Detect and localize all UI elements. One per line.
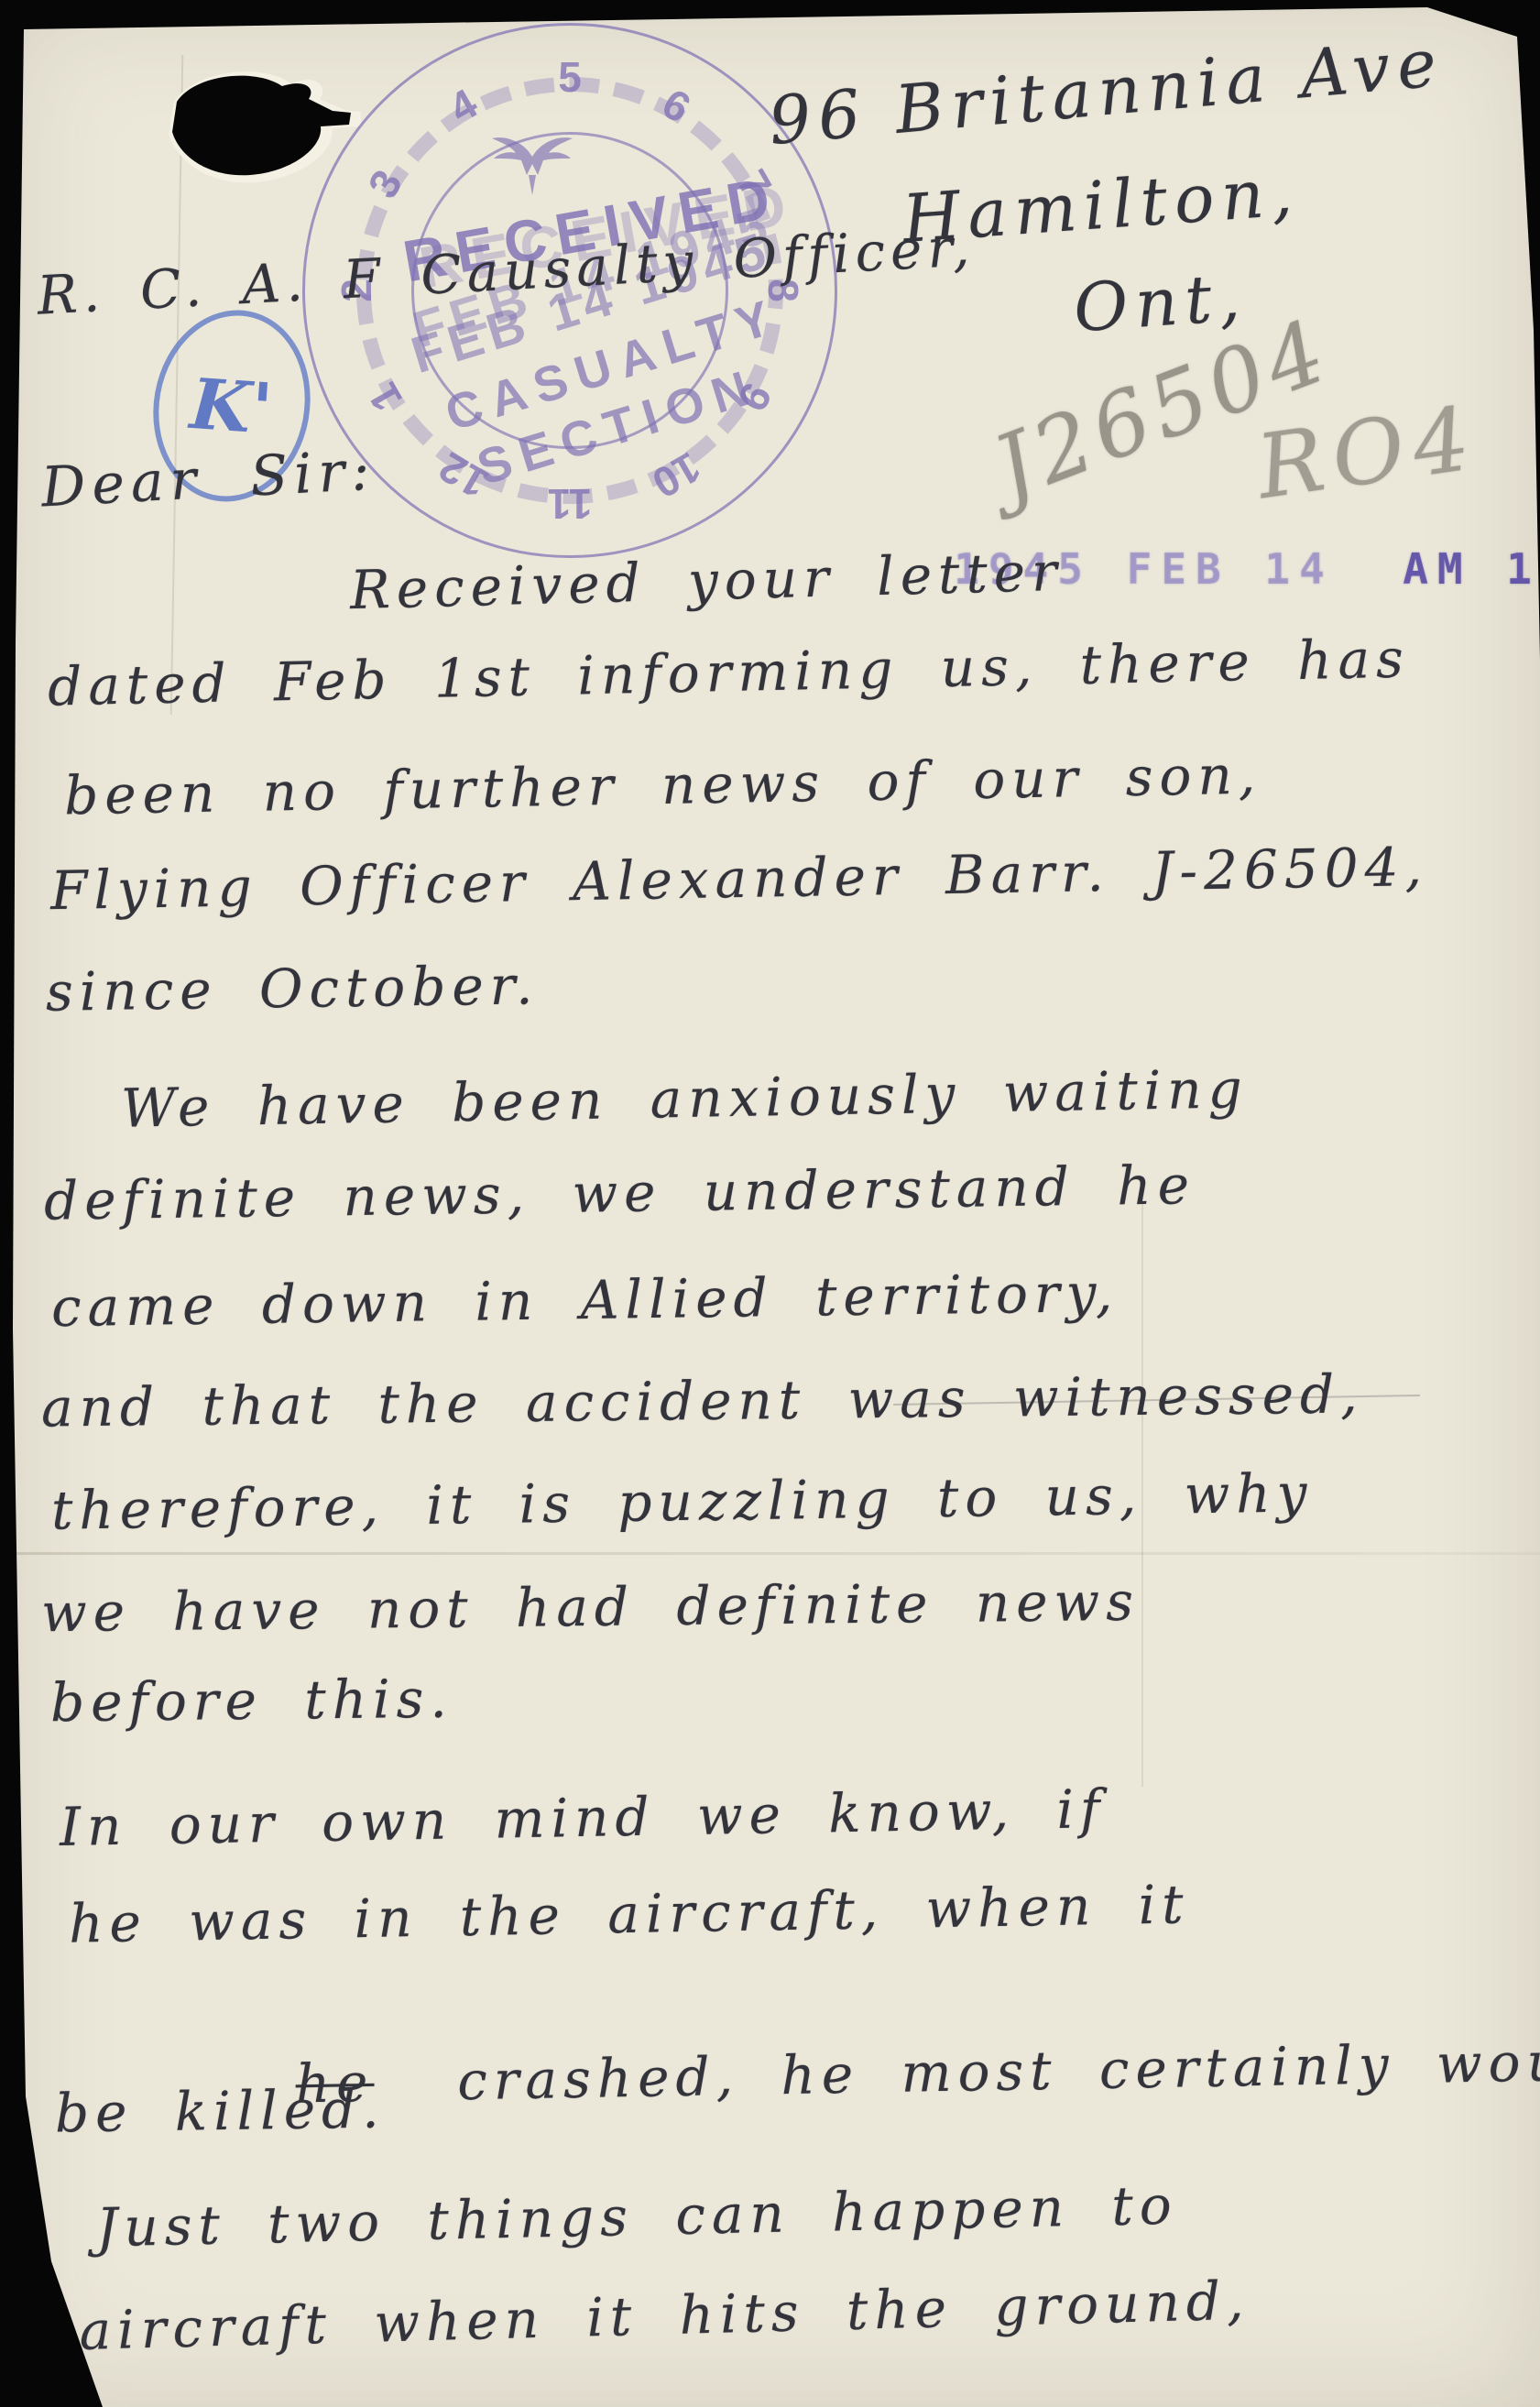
body-line: We have been anxiously waiting <box>121 1057 1250 1139</box>
body-line: therefore, it is puzzling to us, why <box>51 1461 1314 1541</box>
body-line-rest: crashed, he most certainly would <box>374 2030 1540 2114</box>
body-line: In our own mind we know, if <box>59 1778 1106 1858</box>
body-line: came down in Allied territory, <box>51 1262 1120 1339</box>
body-line: definite news, we understand he <box>44 1154 1196 1232</box>
body-line: and that the accident was witnessed, <box>41 1362 1364 1439</box>
scanned-letter: 5 6 7 8 9 10 11 12 1 2 3 4 RECEIVED FEB … <box>0 0 1540 2407</box>
body-line: dated Feb 1st informing us, there has <box>47 627 1410 717</box>
body-line: we have not had definite news <box>41 1570 1141 1645</box>
stamp-dial-number: 5 <box>541 48 599 106</box>
stamp-dial-number: 11 <box>541 475 599 533</box>
body-line: before this. <box>50 1668 453 1734</box>
address-line-3: Ont, <box>1071 258 1250 347</box>
time-stamp-time: AM 11 : 20 <box>1403 544 1540 594</box>
body-line: an aircraft when it hits the ground, <box>0 2270 1251 2366</box>
body-line: been no further news of our son, <box>64 744 1262 827</box>
body-line: be killed. <box>55 2077 386 2144</box>
body-line: Just two things can happen to <box>95 2174 1178 2259</box>
fold-line <box>0 1552 1540 1555</box>
body-line: since October. <box>46 954 540 1023</box>
body-line: he crashed, he most certainly would <box>44 1967 1540 2182</box>
body-line: Flying Officer Alexander Barr. J-26504, <box>50 836 1429 922</box>
body-line: he was in the aircraft, when it <box>68 1873 1190 1954</box>
stamp-eagle-icon <box>488 126 576 197</box>
blue-check-mark: K' <box>188 362 275 449</box>
address-line-1: 96 Britannia Ave <box>766 24 1447 159</box>
letter-paper: 5 6 7 8 9 10 11 12 1 2 3 4 RECEIVED FEB … <box>0 0 1540 2407</box>
